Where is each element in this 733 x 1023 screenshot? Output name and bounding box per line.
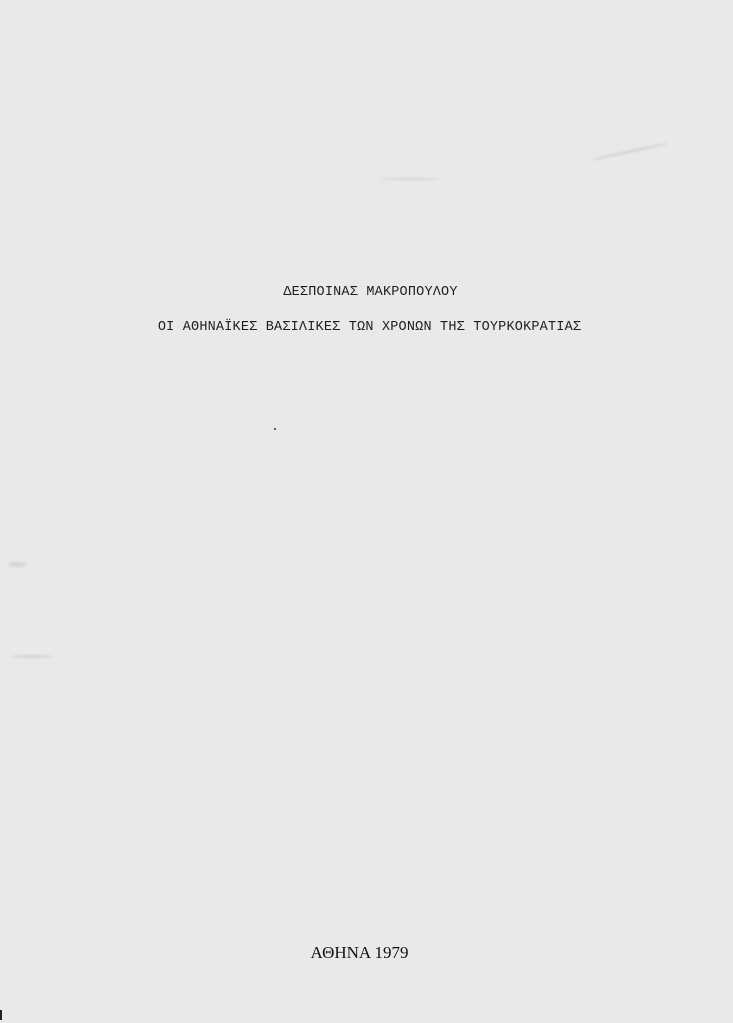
- scan-smudge: [591, 142, 670, 162]
- title-page: ΔΕΣΠΟΙΝΑΣ ΜΑΚΡΟΠΟΥΛΟΥ ΟΙ ΑΘΗΝΑΪΚΕΣ ΒΑΣΙΛ…: [0, 0, 733, 1023]
- document-title: ΟΙ ΑΘΗΝΑΪΚΕΣ ΒΑΣΙΛΙΚΕΣ ΤΩΝ ΧΡΟΝΩΝ ΤΗΣ ΤΟ…: [3, 320, 733, 335]
- author-name: ΔΕΣΠΟΙΝΑΣ ΜΑΚΡΟΠΟΥΛΟΥ: [4, 285, 733, 300]
- scan-edge-mark: [0, 1010, 2, 1020]
- scan-smudge: [380, 178, 440, 180]
- scan-smudge: [12, 655, 52, 658]
- place-and-year: ΑΘΗΝΑ 1979: [0, 943, 726, 963]
- ink-speck: [274, 428, 276, 430]
- scan-smudge: [8, 562, 26, 567]
